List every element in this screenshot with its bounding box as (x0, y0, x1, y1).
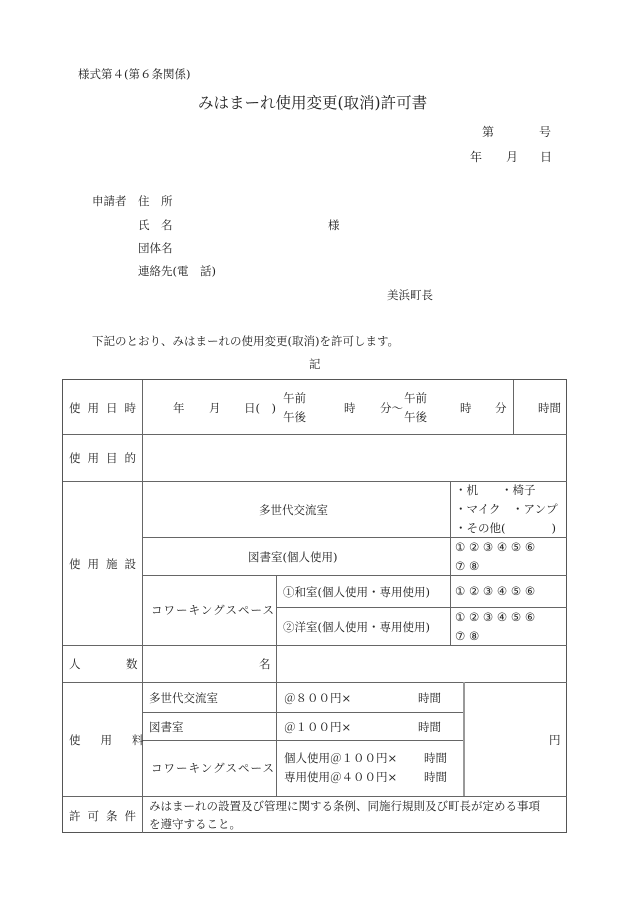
fee-rate-library: ＠１００円× (284, 719, 351, 735)
name-label: 氏 名 (138, 217, 173, 233)
row-divider (63, 682, 567, 683)
equipment-line: ・その他( ) (455, 519, 558, 538)
end-minute: 分 (495, 400, 507, 416)
fee-unit-tasedai: 時間 (418, 690, 441, 706)
row-divider (142, 740, 463, 741)
people-label-left: 人 (69, 656, 81, 672)
facility-room-coworking: コワーキングスペース (151, 602, 275, 618)
fee-unit-dedicated: 時間 (424, 769, 447, 785)
people-label-right: 数 (126, 656, 138, 672)
date-day: 日 (540, 148, 552, 165)
conditions-label: 許可条件 (69, 808, 143, 824)
hours-unit: 時間 (538, 400, 561, 416)
fee-rate-dedicated: 専用使用＠４００円× (284, 769, 397, 785)
facility-room-library: 図書室(個人使用) (248, 549, 337, 565)
row-divider (63, 434, 567, 435)
coworking-youshitsu: ②洋室(個人使用・専用使用) (283, 619, 430, 635)
date-year: 年 (470, 148, 482, 165)
start-minute-to: 分～ (380, 400, 403, 416)
seat-line: ① ② ③ ④ ⑤ ⑥ (455, 608, 535, 627)
fee-total-unit: 円 (549, 732, 561, 748)
row-divider (63, 796, 567, 797)
washitsu-seat-options: ① ② ③ ④ ⑤ ⑥ (455, 584, 535, 598)
group-label: 団体名 (138, 240, 173, 256)
honorific: 様 (328, 217, 340, 233)
number-suffix: 号 (539, 123, 551, 140)
youshitsu-seat-options: ① ② ③ ④ ⑤ ⑥ ⑦ ⑧ (455, 608, 535, 646)
row-divider (142, 712, 463, 713)
permit-table: 使用日時 年 月 日( ) 午前 午後 時 分～ 午前 午後 時 分 時間 使用… (62, 379, 567, 833)
form-number-label: 様式第４(第６条関係) (78, 66, 190, 82)
col-divider (463, 682, 465, 796)
equipment-options: ・机 ・椅子 ・マイク ・アンプ ・その他( ) (455, 481, 558, 538)
equipment-line: ・机 ・椅子 (455, 481, 558, 500)
datetime-label: 使用日時 (69, 400, 143, 416)
datetime-day: 日( ) (244, 400, 276, 416)
col-divider (450, 481, 451, 645)
col-divider (276, 575, 277, 796)
number-prefix: 第 (482, 123, 494, 140)
start-pm: 午後 (283, 409, 306, 425)
seat-line: ⑦ ⑧ (455, 557, 535, 576)
library-seat-options: ① ② ③ ④ ⑤ ⑥ ⑦ ⑧ (455, 538, 535, 576)
people-unit: 名 (259, 656, 271, 672)
seat-line: ① ② ③ ④ ⑤ ⑥ (455, 538, 535, 557)
col-divider (142, 380, 143, 833)
fee-rate-tasedai: ＠８００円× (284, 690, 351, 706)
coworking-washitsu: ①和室(個人使用・専用使用) (283, 584, 430, 600)
facility-room-tasedai: 多世代交流室 (259, 502, 328, 518)
fee-room-library: 図書室 (149, 719, 184, 735)
body-text: 下記のとおり、みはまーれの使用変更(取消)を許可します。 (92, 333, 399, 349)
issuer: 美浜町長 (387, 287, 433, 303)
start-hour: 時 (344, 400, 356, 416)
purpose-label: 使用目的 (69, 450, 143, 466)
datetime-year: 年 (173, 400, 185, 416)
facility-label: 使用施設 (69, 556, 143, 572)
fee-room-coworking: コワーキングスペース (151, 760, 275, 776)
date-month: 月 (506, 148, 518, 165)
contact-label: 連絡先(電 話) (138, 263, 216, 279)
start-am: 午前 (283, 390, 306, 406)
address-label: 住 所 (138, 193, 173, 209)
applicant-label: 申請者 (92, 193, 127, 209)
ki-label: 記 (309, 356, 321, 372)
equipment-line: ・マイク ・アンプ (455, 500, 558, 519)
fee-unit-library: 時間 (418, 719, 441, 735)
fee-unit-personal: 時間 (424, 750, 447, 766)
datetime-month: 月 (209, 400, 221, 416)
end-am: 午前 (404, 390, 427, 406)
conditions-line2: を遵守すること。 (149, 816, 241, 832)
end-hour: 時 (460, 400, 472, 416)
seat-line: ⑦ ⑧ (455, 627, 535, 646)
page-title: みはまーれ使用変更(取消)許可書 (198, 91, 427, 113)
col-divider (513, 380, 514, 434)
conditions-line1: みはまーれの設置及び管理に関する条例、同施行規則及び町長が定める事項 (149, 798, 540, 814)
fee-rate-personal: 個人使用＠１００円× (284, 750, 397, 766)
fee-room-tasedai: 多世代交流室 (149, 690, 218, 706)
end-pm: 午後 (404, 409, 427, 425)
